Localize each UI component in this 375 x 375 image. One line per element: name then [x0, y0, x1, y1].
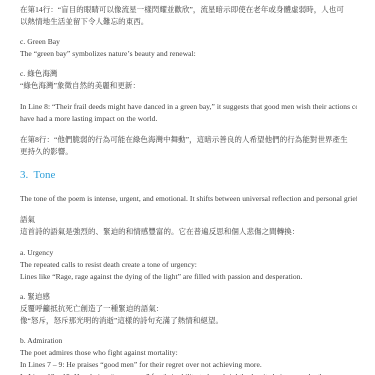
text-line: b. Admiration: [20, 335, 357, 347]
text-line: Lines like “Rage, rage against the dying…: [20, 271, 357, 283]
text-line: The “green bay” symbolizes nature’s beau…: [20, 48, 357, 60]
text-line: In Lines 13 – 15: He admires “grave men”…: [20, 371, 357, 375]
paragraph-line8-analysis-en: In Line 8: “Their frail deeds might have…: [20, 101, 357, 125]
paragraph-admiration-en: b. Admiration The poet admires those who…: [20, 335, 357, 375]
text-line: The poet admires those who fight against…: [20, 347, 357, 359]
paragraph-line14-analysis-zh: 在第14行：“盲目的眼睛可以像流星一樣閃耀並歡欣”，流星暗示即使在老年或身體虛弱…: [20, 4, 357, 28]
text-line: 在第8行：“他們脆弱的行為可能在綠色海灣中舞動”，這暗示善良的人希望他們的行為能…: [20, 134, 357, 146]
section-heading-tone: 3. Tone: [20, 168, 357, 182]
paragraph-urgency-zh: a. 緊迫感 反覆呼籲抵抗死亡創造了一種緊迫的語氣： 像“怒斥，怒斥那光明的消逝…: [20, 291, 357, 327]
paragraph-urgency-en: a. Urgency The repeated calls to resist …: [20, 247, 357, 283]
text-line: c. 綠色海灣: [20, 68, 357, 80]
paragraph-green-bay-en: c. Green Bay The “green bay” symbolizes …: [20, 36, 357, 60]
text-line: have had a more lasting impact on the wo…: [20, 113, 357, 125]
text-line: a. 緊迫感: [20, 291, 357, 303]
paragraph-line8-analysis-zh: 在第8行：“他們脆弱的行為可能在綠色海灣中舞動”，這暗示善良的人希望他們的行為能…: [20, 134, 357, 158]
text-line: “綠色海灣”象徵自然的美麗和更新：: [20, 80, 357, 92]
text-line: 像“怒斥，怒斥那光明的消逝”這樣的詩句充滿了熱情和絕望。: [20, 315, 357, 327]
text-line: c. Green Bay: [20, 36, 357, 48]
text-line: In Lines 7 – 9: He praises “good men” fo…: [20, 359, 357, 371]
text-line: In Line 8: “Their frail deeds might have…: [20, 101, 357, 113]
text-line: 更持久的影響。: [20, 146, 357, 158]
text-line: 以熱情地生活並留下令人難忘的東西。: [20, 16, 357, 28]
text-line: The tone of the poem is intense, urgent,…: [20, 193, 357, 205]
text-line: a. Urgency: [20, 247, 357, 259]
text-line: 語氣: [20, 214, 357, 226]
paragraph-tone-intro-en: The tone of the poem is intense, urgent,…: [20, 193, 357, 205]
text-line: 在第14行：“盲目的眼睛可以像流星一樣閃耀並歡欣”，流星暗示即使在老年或身體虛弱…: [20, 4, 357, 16]
text-line: The repeated calls to resist death creat…: [20, 259, 357, 271]
text-line: 這首詩的語氣是強烈的、緊迫的和情感豐富的。它在普遍反思和個人悲傷之間轉換：: [20, 226, 357, 238]
paragraph-tone-intro-zh: 語氣 這首詩的語氣是強烈的、緊迫的和情感豐富的。它在普遍反思和個人悲傷之間轉換：: [20, 214, 357, 238]
paragraph-green-bay-zh: c. 綠色海灣 “綠色海灣”象徵自然的美麗和更新：: [20, 68, 357, 92]
text-line: 反覆呼籲抵抗死亡創造了一種緊迫的語氣：: [20, 303, 357, 315]
document-page: 在第14行：“盲目的眼睛可以像流星一樣閃耀並歡欣”，流星暗示即使在老年或身體虛弱…: [0, 0, 375, 375]
